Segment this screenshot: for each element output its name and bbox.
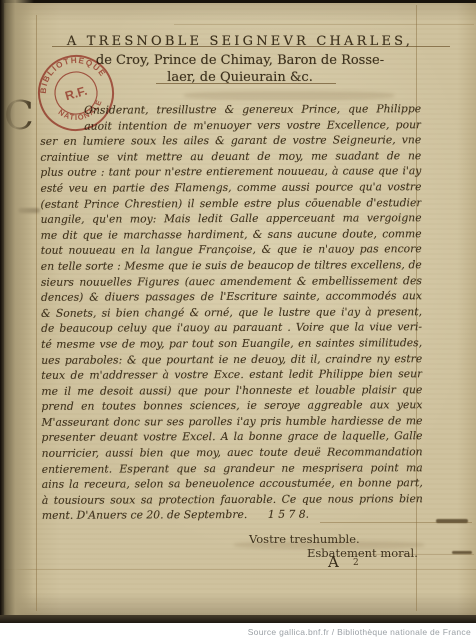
closing-salutation: Vostre treshumble. [249,532,360,546]
ink-flourish [436,519,468,523]
book-scan-background: A TRESNOBLE SEIGNEVR CHARLES, de Croy, P… [0,0,476,623]
ruled-line-top [174,24,474,25]
body-line: presenter deuant vostre Excel. A la bonn… [42,429,423,446]
body-line: plus outre : tant pour n'estre entiereme… [40,164,421,181]
footer-source-text: Source gallica.bnf.fr / Bibliothèque nat… [248,627,476,637]
ruled-line-bottom [4,569,476,570]
body-lines: Onsiderant, tresillustre & genereux Prin… [40,101,423,524]
body-line: craintiue se vint mettre au deuant de mo… [40,148,421,165]
body-line: dences) & diuers passages de l'Escriture… [41,288,422,305]
stamp-text-bottom: NATIONALE [55,96,108,128]
body-line: de beaucoup celuy que i'auoy au parauant… [41,319,422,336]
page-bottom-edge [0,615,476,623]
body-line: prend en toutes bonnes sciences, ie sero… [41,397,422,414]
signature-mark-number: 2 [353,558,359,568]
body-line: à tousiours soux sa protection fauorable… [42,491,423,508]
body-line: té mesme vse de moy, par tout son Euangi… [41,335,422,352]
body-line: ues paraboles: & que pourtant ie ne deuo… [41,351,422,368]
body-line: esté veu en partie des Flamengs, comme a… [40,179,421,196]
body-line: teux de m'addresser à vostre Exce. estan… [41,366,422,383]
body-line: tout nouueau en la langue Françoise, & q… [41,242,422,259]
binding-shadow [0,0,34,623]
body-line: ains la receura, selon sa beneuolence ac… [42,475,423,492]
body-line: & Sonets, si bien changé & orné, que le … [41,304,422,321]
body-line: en telle sorte : Mesme que ie suis de be… [41,257,422,274]
body-line: me il me desoit aussi) que pour l'honnes… [41,382,422,399]
body-line: uangile, qu'en moy: Mais ledit Galle app… [41,210,422,227]
show-through-smudge [184,91,394,100]
body-line: ser en lumiere soux les ailes & garant d… [40,132,421,149]
svg-text:NATIONALE: NATIONALE [55,96,108,128]
body-line: M'asseurant donc sur ses parolles i'ay p… [41,413,422,430]
body-line: (estant Prince Chrestien) il semble estr… [40,195,421,212]
signature-mark-letter: A [328,553,339,571]
stamp-center-text: R.F. [64,84,89,104]
body-line: me dit que ie marchasse hardiment, & san… [41,226,422,243]
closing-signature: Esbatement moral. [307,546,418,560]
ink-dash [452,551,472,554]
body-line: sieurs nouuelles Figures (auec amendemen… [41,273,422,290]
body-line: entierement. Esperant que sa grandeur ne… [42,460,423,477]
footer-bar: Source gallica.bnf.fr / Bibliothèque nat… [0,623,476,640]
body-line: ment. D'Anuers ce 20. de Septembre. 1 5 … [42,507,423,524]
page-scan: A TRESNOBLE SEIGNEVR CHARLES, de Croy, P… [4,3,476,617]
body-line: nourricier, aussi bien que moy, auec tou… [42,444,423,461]
